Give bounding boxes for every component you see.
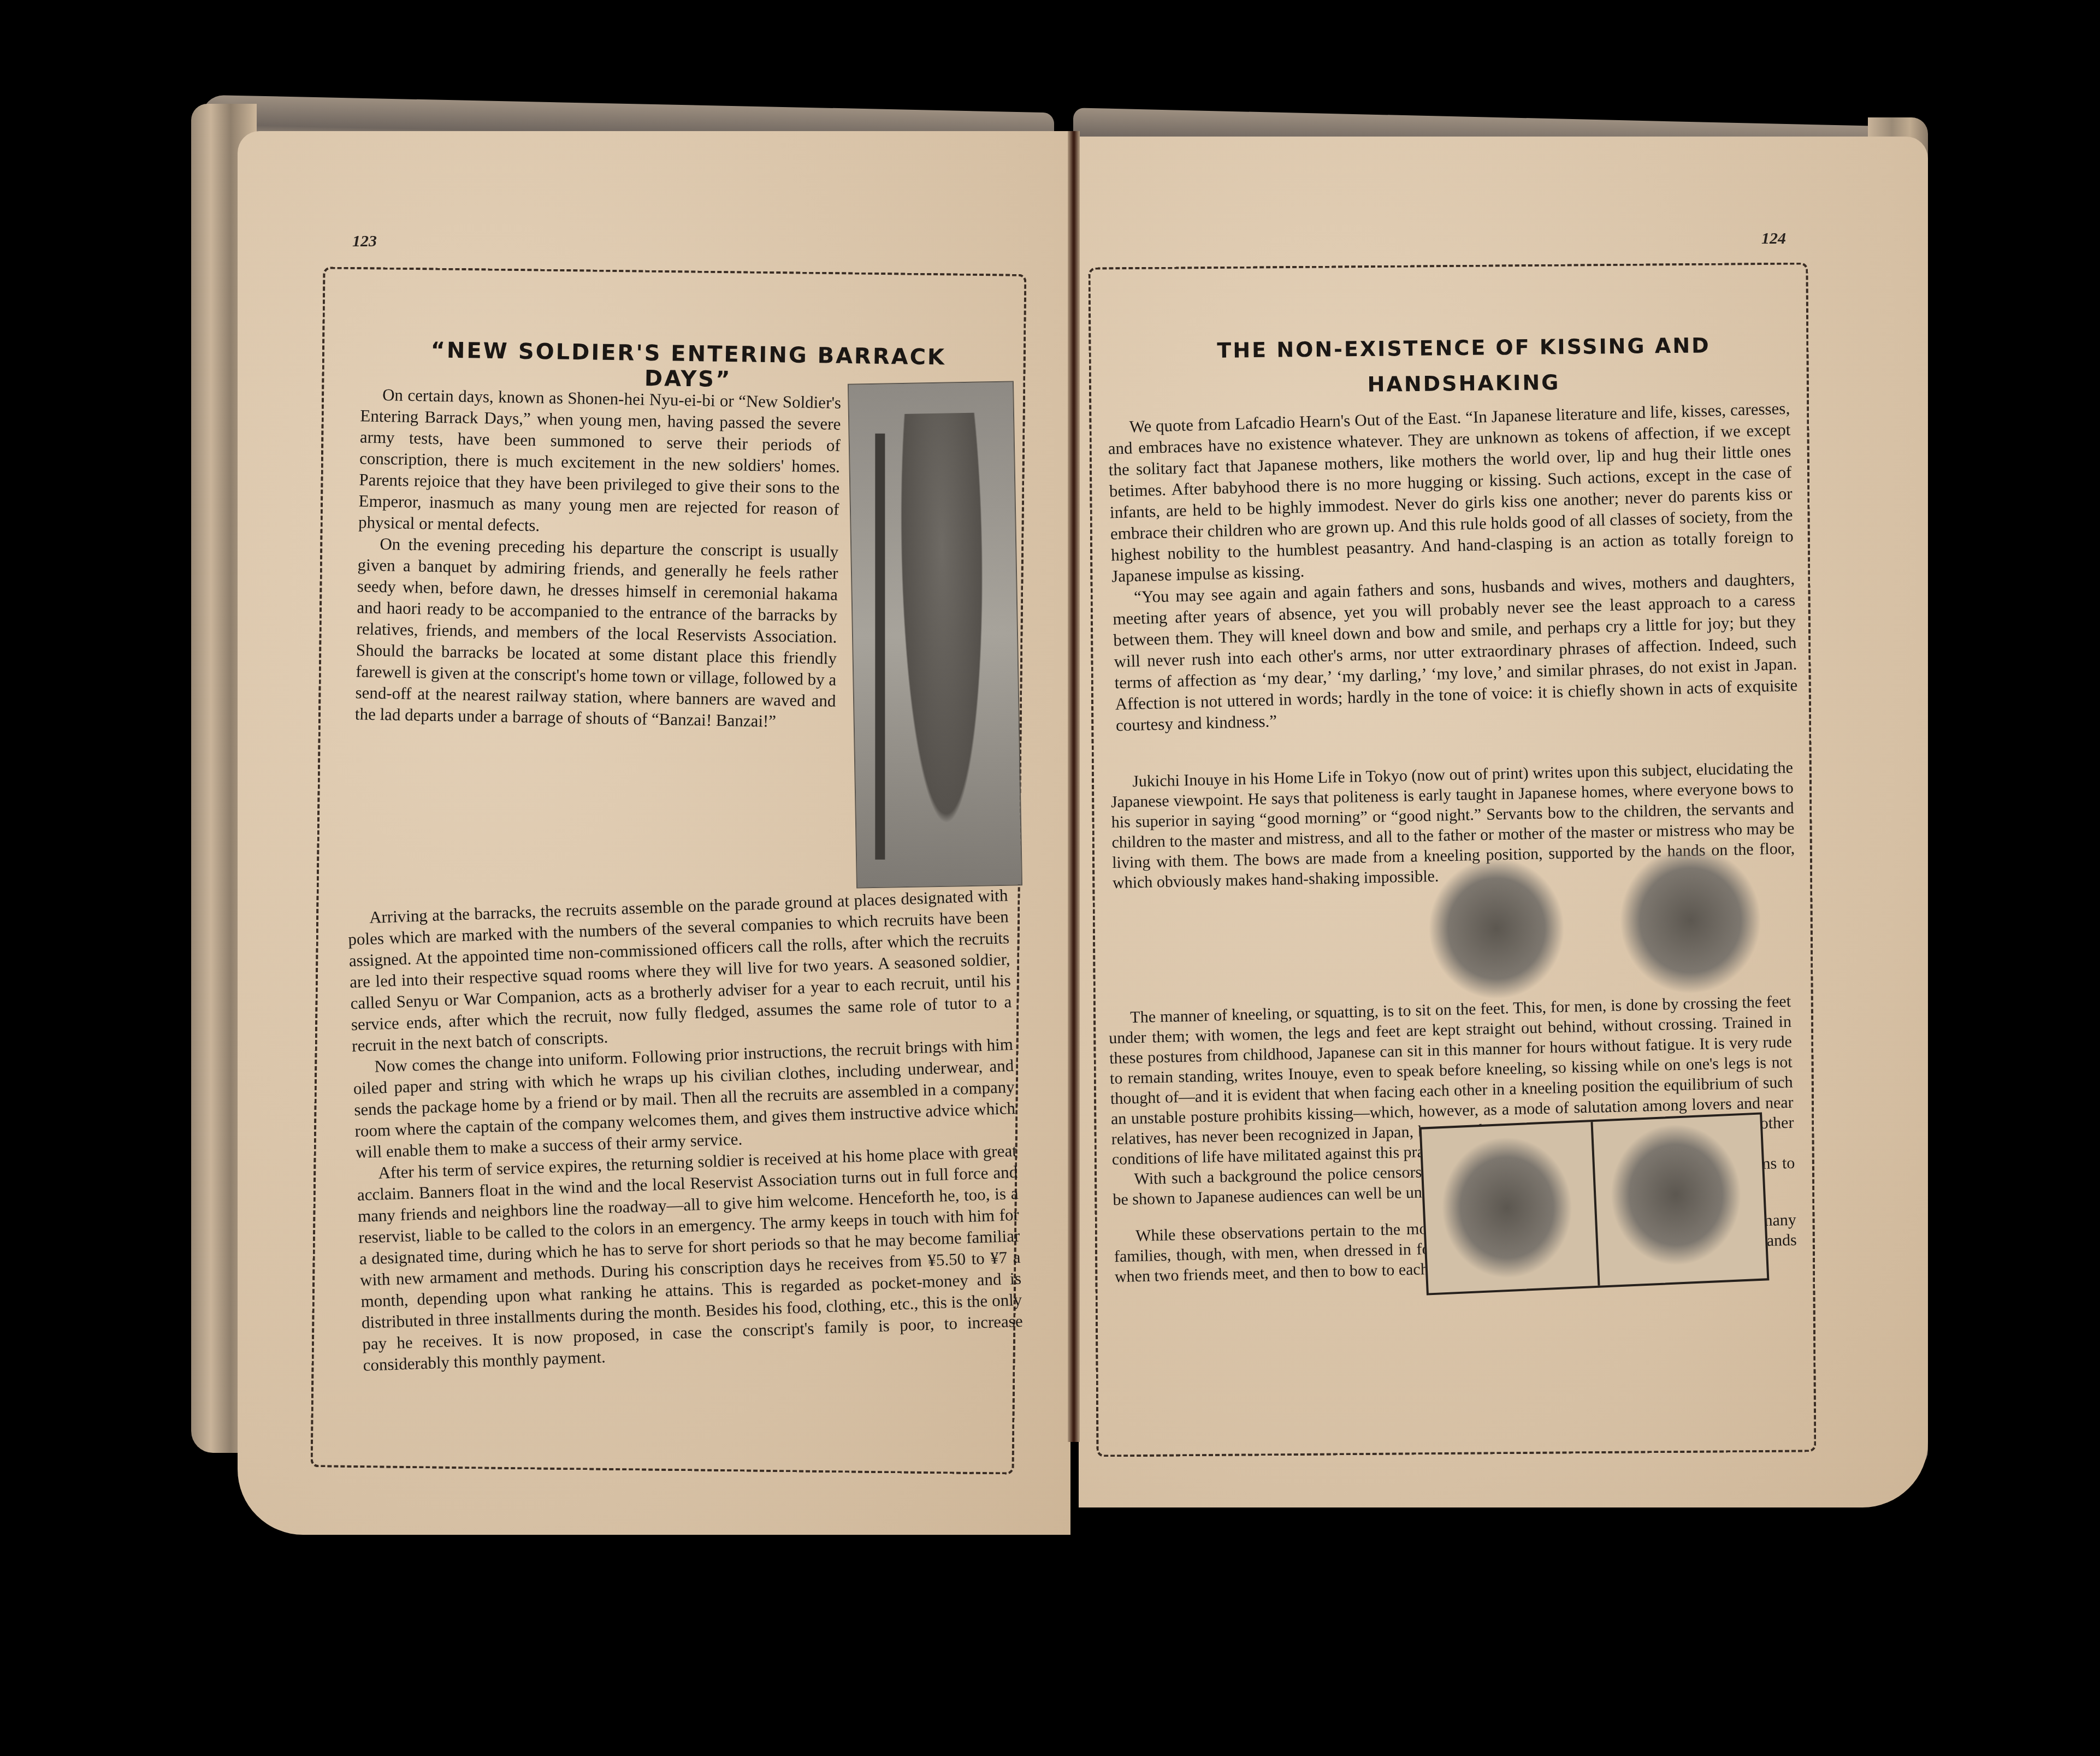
rifle-shape (875, 434, 885, 860)
soldier-photo (848, 381, 1022, 888)
bowing-figure-left (1428, 858, 1565, 1000)
soldier-figure (893, 412, 993, 862)
paragraph: “You may see again and again fathers and… (1112, 568, 1799, 736)
kneeling-figure-woman (1607, 1121, 1744, 1268)
left-body-bottom: Arriving at the barracks, the recruits a… (347, 884, 1024, 1376)
kneeling-postures-illustration (1419, 1112, 1770, 1295)
left-page: 123 “NEW SOLDIER'S ENTERING BARRACK DAYS… (238, 131, 1070, 1535)
right-page: 124 THE NON-EXISTENCE OF KISSING AND HAN… (1079, 137, 1928, 1507)
right-body-top: We quote from Lafcadio Hearn's Out of th… (1107, 398, 1799, 736)
open-book: 123 “NEW SOLDIER'S ENTERING BARRACK DAYS… (0, 0, 2100, 1756)
illustration-divider (1590, 1122, 1600, 1286)
paragraph: After his term of service expires, the r… (356, 1140, 1024, 1376)
page-number-right: 124 (1761, 229, 1786, 248)
paragraph: On certain days, known as Shonen-hei Nyu… (358, 383, 842, 541)
bowing-figure-right (1619, 847, 1761, 994)
page-number-left: 123 (352, 232, 377, 251)
kneeling-figure-man (1439, 1134, 1576, 1281)
left-body-top: On certain days, known as Shonen-hei Nyu… (355, 383, 842, 732)
book-spine-gutter (1068, 131, 1080, 1442)
bowing-figures-illustration (1417, 847, 1789, 1010)
paragraph: On the evening preceding his departure t… (355, 533, 839, 732)
paragraph: Arriving at the barracks, the recruits a… (347, 884, 1013, 1056)
paragraph: We quote from Lafcadio Hearn's Out of th… (1107, 398, 1794, 587)
